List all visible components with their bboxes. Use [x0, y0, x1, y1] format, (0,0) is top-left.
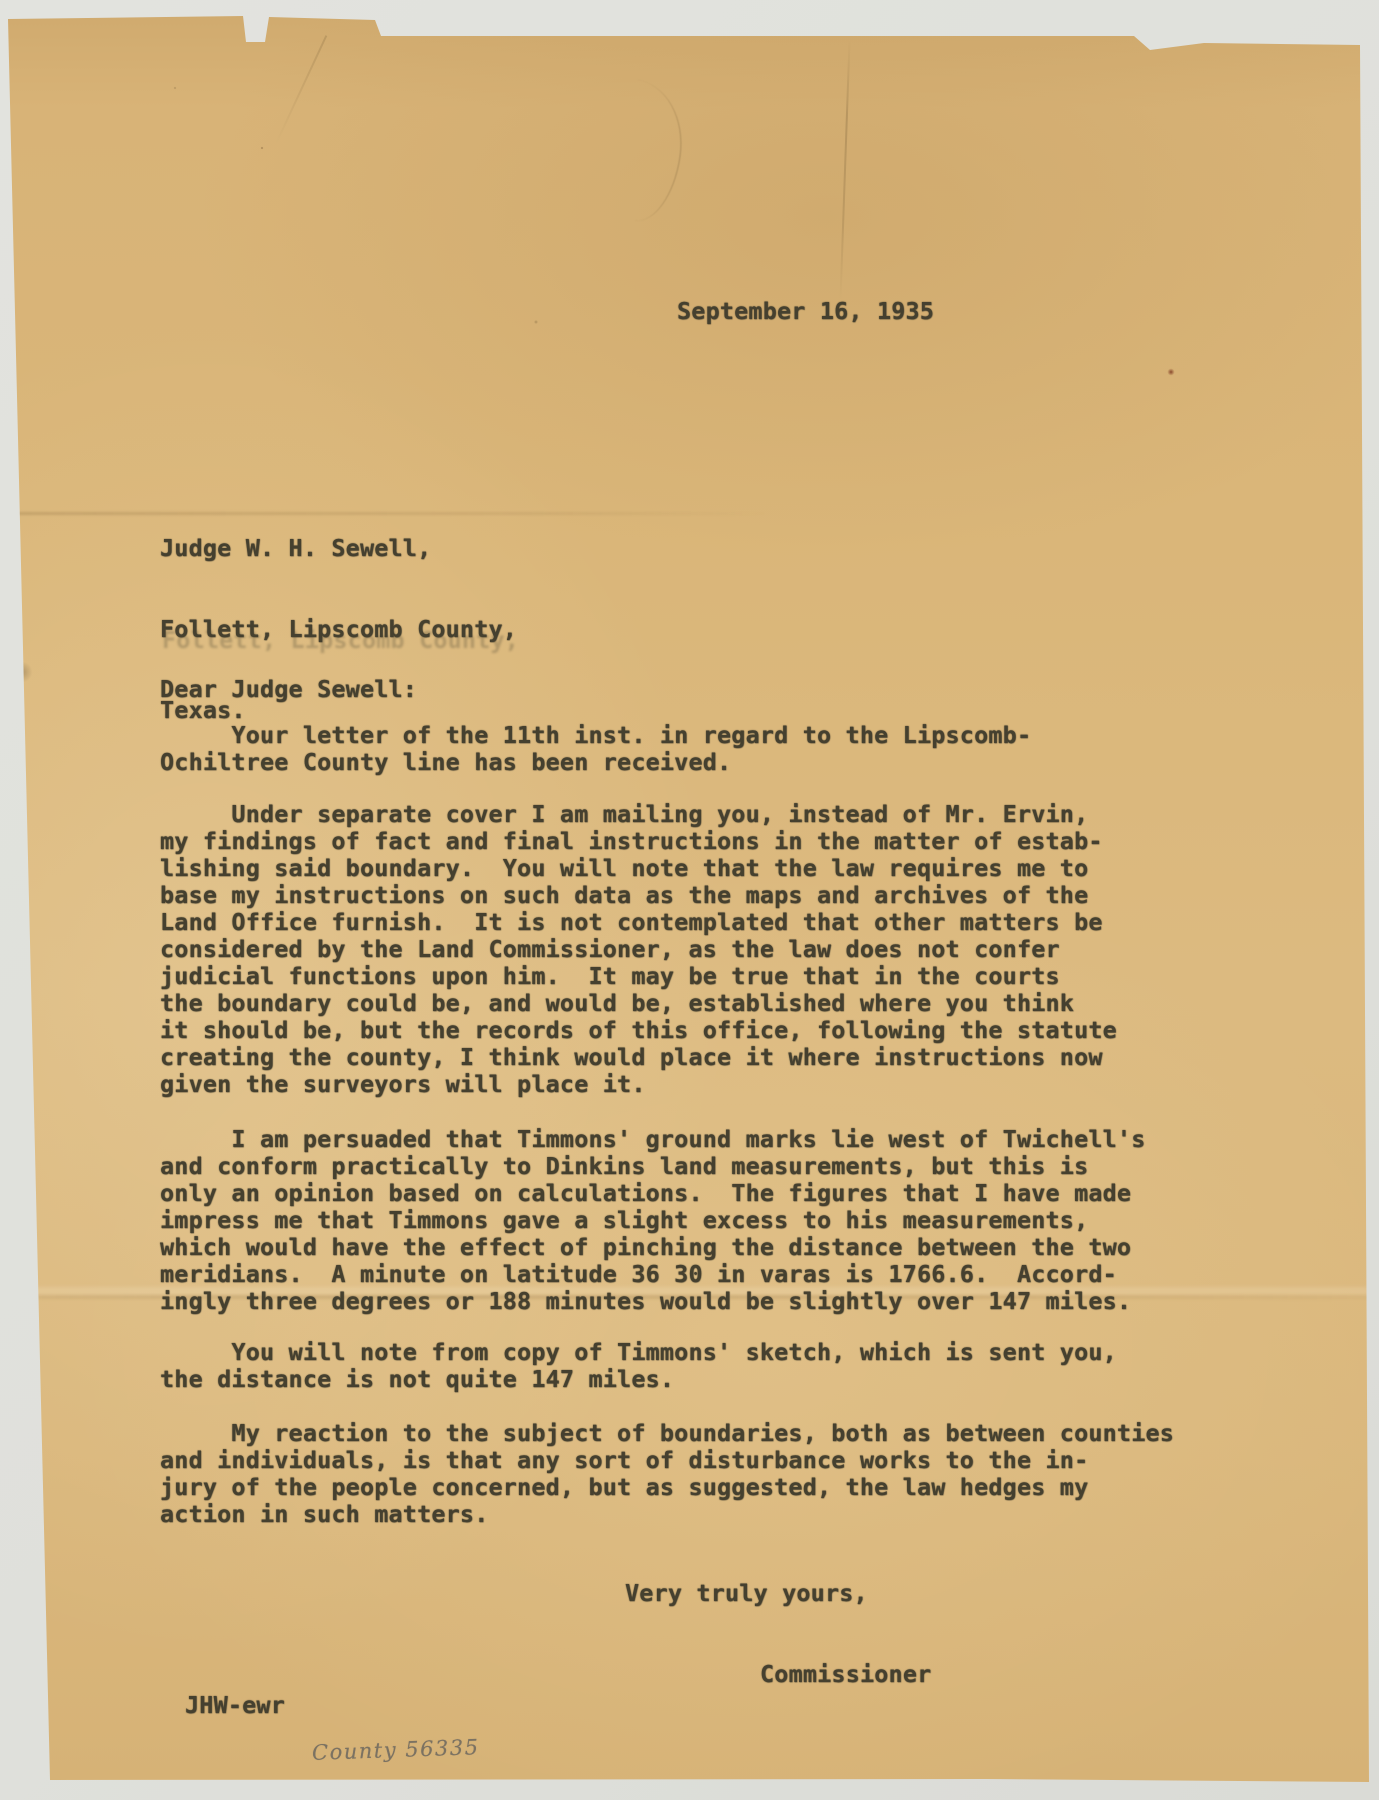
paragraph-4: You will note from copy of Timmons' sket… [160, 1339, 1117, 1393]
scratch-mark-arc [581, 74, 691, 225]
paragraph-5: My reaction to the subject of boundaries… [160, 1420, 1174, 1528]
scratch-mark-diagonal [275, 35, 328, 145]
letter-paper: September 16, 1935 Judge W. H. Sewell, F… [0, 0, 1379, 1800]
letter-date: September 16, 1935 [677, 298, 934, 325]
recipient-city: Follett, Lipscomb County, [160, 616, 517, 643]
pencil-annotation: County 56335 [312, 1735, 480, 1765]
salutation: Dear Judge Sewell: [160, 676, 417, 703]
recipient-name: Judge W. H. Sewell, [160, 535, 517, 562]
paragraph-2: Under separate cover I am mailing you, i… [160, 801, 1117, 1098]
typist-initials: JHW-ewr [185, 1692, 285, 1719]
signature-title: Commissioner [760, 1661, 931, 1688]
scanned-letter-scene: September 16, 1935 Judge W. H. Sewell, F… [0, 0, 1379, 1800]
paragraph-3: I am persuaded that Timmons' ground mark… [160, 1126, 1145, 1315]
scratch-mark-vertical [839, 40, 850, 300]
paragraph-1: Your letter of the 11th inst. in regard … [160, 722, 1031, 776]
complimentary-closing: Very truly yours, [625, 1580, 868, 1607]
